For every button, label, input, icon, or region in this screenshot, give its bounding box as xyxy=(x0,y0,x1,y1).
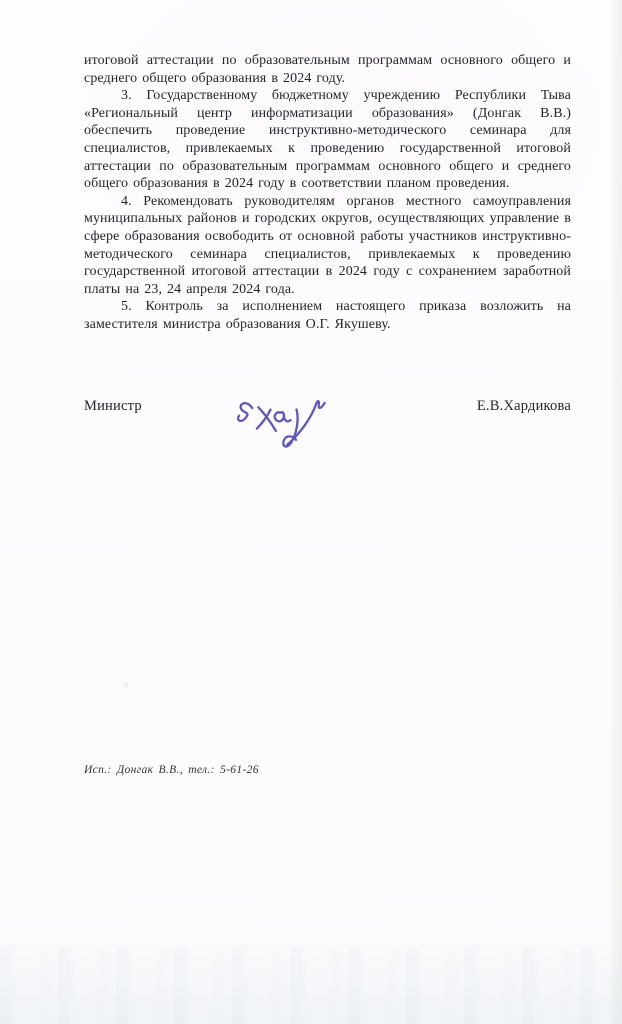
minister-name: Е.В.Хардикова xyxy=(477,398,571,415)
scan-edge-right xyxy=(608,0,622,1024)
scan-artifact-bottom xyxy=(0,946,622,1024)
paragraph-continuation: итоговой аттестации по образовательным п… xyxy=(84,52,571,87)
paragraph-item-4: 4. Рекомендовать руководителям органов м… xyxy=(84,193,571,299)
executor-note: Исп.: Донгак В.В., тел.: 5-61-26 xyxy=(84,764,259,776)
handwritten-signature xyxy=(233,392,331,450)
body-text: итоговой аттестации по образовательным п… xyxy=(84,52,571,334)
paragraph-item-5: 5. Контроль за исполнением настоящего пр… xyxy=(84,298,571,333)
signature-ink-strokes xyxy=(238,401,325,446)
paragraph-item-3: 3. Государственному бюджетному учреждени… xyxy=(84,87,571,193)
minister-title: Министр xyxy=(84,398,142,415)
document-page: итоговой аттестации по образовательным п… xyxy=(0,0,622,1024)
scan-smudge xyxy=(122,681,130,689)
